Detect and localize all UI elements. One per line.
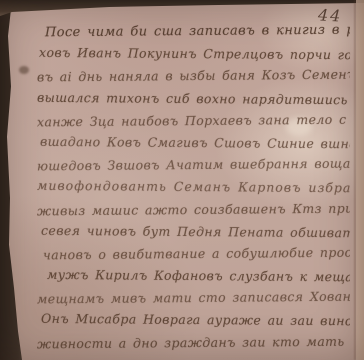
- manuscript-line: вшадано Ковъ Смагивъ Сшовъ Сшние вшнее з…: [37, 134, 350, 159]
- manuscript-line: мивофондованть Семанъ Карповъ избрать ан…: [37, 178, 350, 203]
- manuscript-line: юшедовъ Звшовъ Ачатим вшебрання вощании …: [37, 156, 350, 181]
- manuscript-line: мужъ Кирилъ Кофановъ слузбанъ к мещамъ д…: [37, 267, 350, 292]
- manuscript-line: ховъ Иванъ Покунинъ Стрелцовъ порчи году…: [37, 45, 350, 70]
- manuscript-line: живности а дно зражданъ заи кто мать Зач…: [37, 333, 350, 358]
- handwritten-text-block: Посе чима би сша записавъ в книгиз в ряд…: [37, 24, 350, 357]
- manuscript-line: чановъ о ввибитвание а собушлюбие просто…: [37, 245, 350, 270]
- manuscript-line: Онъ Мисабра Новрага аураже аи заи винова…: [37, 311, 350, 336]
- ink-blot-spot: [19, 66, 29, 74]
- manuscript-line: ханже Зца наибовъ Порхаевъ зана тело с в…: [37, 111, 350, 136]
- manuscript-line: живыз машис ажто соизбавшенъ Ктз приходи…: [37, 200, 350, 225]
- manuscript-photo: 44 Посе чима би сша записавъ в книгиз в …: [0, 0, 364, 360]
- manuscript-line: въ аі днь наняла в ызбы баня Козъ Семенъ…: [37, 67, 350, 92]
- manuscript-line: Посе чима би сша записавъ в книгиз в ряд…: [37, 23, 350, 48]
- manuscript-line: мещнамъ мивъ мати сто записався Хована С…: [37, 289, 350, 314]
- page-edge-right: [356, 0, 364, 360]
- manuscript-line: вышался тихонъ сиб вохно нарядитвшись за…: [37, 89, 350, 114]
- manuscript-line: севея чиновъ бут Педня Пената обшивать ш…: [37, 222, 350, 247]
